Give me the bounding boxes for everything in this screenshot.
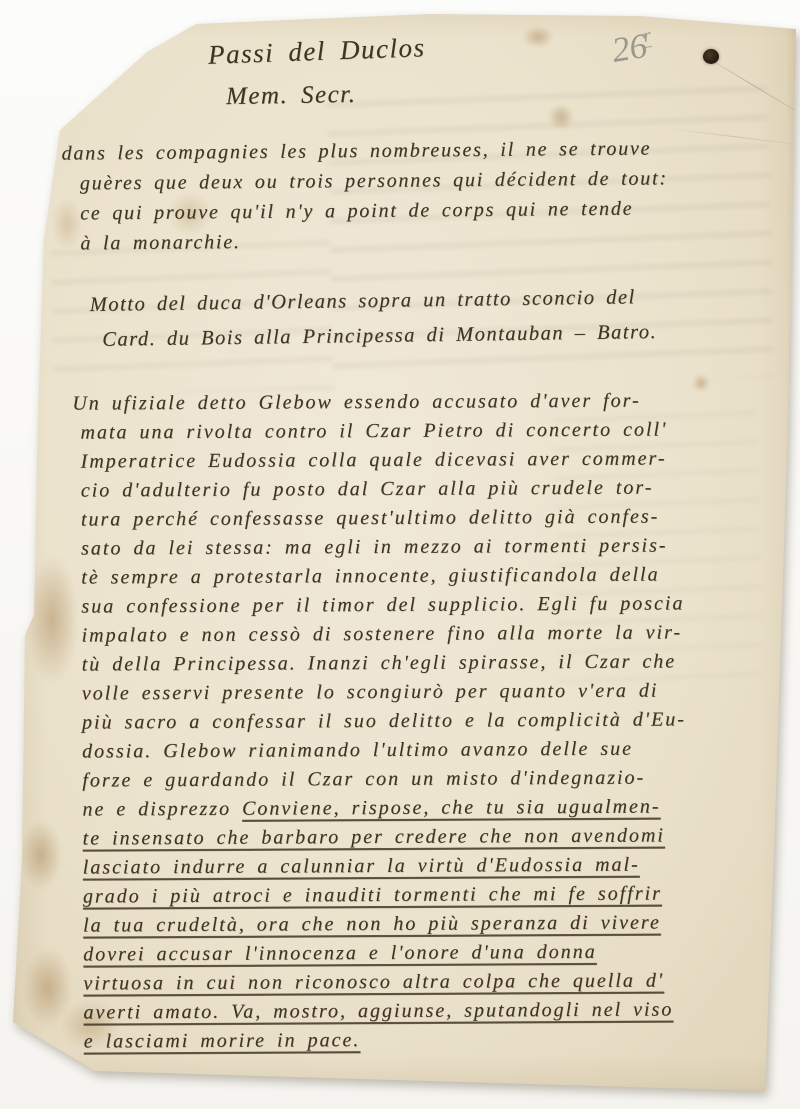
line-text: mata una rivolta contro il Czar Pietro d… [80, 418, 667, 443]
manuscript-line: ce qui prouve qu'il n'y a point de corps… [80, 193, 668, 228]
foxing-stain [548, 104, 574, 130]
line-text: tù della Principessa. Inanzi ch'egli spi… [82, 650, 677, 675]
manuscript-paper: 6022 26r Passi del Duclos Mem. Secr. dan… [0, 0, 800, 1109]
manuscript-line: grado i più atroci e inauditi tormenti c… [83, 879, 687, 911]
manuscript-line: tura perché confessasse quest'ultimo del… [81, 502, 685, 534]
line-text: volle esservi presente lo scongiurò per … [82, 680, 659, 705]
french-passage: dans les compagnies les plus nombreuses,… [61, 133, 668, 258]
line-text: dossia. Glebow rianimando l'ultimo avanz… [82, 738, 633, 763]
manuscript-line: sua confessione per il timor del supplic… [81, 589, 685, 621]
line-text: guères que deux ou trois personnes qui d… [80, 167, 668, 194]
manuscript-line: dovrei accusar l'innocenza e l'onore d'u… [83, 937, 687, 969]
line-text: dovrei accusar l'innocenza e l'onore d'u… [83, 941, 597, 966]
line-text: tè sempre a protestarla innocente, giust… [81, 564, 659, 589]
line-text: virtuosa in cui non riconosco altra colp… [83, 970, 664, 995]
line-text: la tua crudeltà, ora che non ho più sper… [83, 912, 661, 937]
manuscript-line: à la monarchie. [80, 223, 668, 258]
line-text: grado i più atroci e inauditi tormenti c… [83, 883, 662, 908]
line-prefix: ne e disprezzo [82, 798, 242, 821]
line-text: te insensato che barbaro per credere che… [83, 825, 665, 850]
line-text: e lasciami morire in pace. [84, 1029, 361, 1052]
line-text: Motto del duca d'Orleans sopra un tratto… [90, 286, 636, 316]
scanned-manuscript-page: 6022 26r Passi del Duclos Mem. Secr. dan… [0, 0, 800, 1109]
line-text: cio d'adulterio fu posto dal Czar alla p… [81, 477, 654, 502]
line-text: ce qui prouve qu'il n'y a point de corps… [80, 198, 633, 225]
edge-stain [26, 555, 78, 685]
manuscript-line: sato da lei stessa: ma egli in mezzo ai … [81, 531, 685, 563]
line-text: à la monarchie. [80, 231, 241, 254]
manuscript-line: ne e disprezzo Conviene, rispose, che tu… [82, 792, 686, 824]
line-text: Card. du Bois alla Principessa di Montau… [102, 321, 657, 351]
line-text: sato da lei stessa: ma egli in mezzo ai … [81, 534, 668, 559]
manuscript-line: dossia. Glebow rianimando l'ultimo avanz… [82, 734, 686, 766]
line-text: più sacro a confessar il suo delitto e l… [82, 708, 686, 733]
line-text: tura perché confessasse quest'ultimo del… [81, 506, 659, 531]
line-text: Conviene, rispose, che tu sia ugualmen- [242, 796, 661, 820]
manuscript-line: più sacro a confessar il suo delitto e l… [82, 705, 686, 737]
line-text: forze e guardando il Czar con un misto d… [82, 767, 645, 792]
manuscript-line: averti amato. Va, mostro, aggiunse, sput… [83, 995, 687, 1027]
manuscript-title: Passi del Duclos [208, 32, 426, 71]
foxing-stain [692, 374, 710, 392]
manuscript-line: virtuosa in cui non riconosco altra colp… [83, 966, 687, 998]
line-text: sua confessione per il timor del supplic… [81, 592, 684, 617]
paper-wrap: 6022 26r Passi del Duclos Mem. Secr. dan… [0, 0, 800, 1109]
manuscript-line: te insensato che barbaro per credere che… [83, 821, 687, 853]
manuscript-line: mata una rivolta contro il Czar Pietro d… [80, 415, 684, 447]
motto-passage: Motto del duca d'Orleans sopra un tratto… [90, 280, 658, 358]
manuscript-subtitle: Mem. Secr. [226, 81, 357, 111]
manuscript-line: cio d'adulterio fu posto dal Czar alla p… [81, 473, 685, 505]
line-text: Imperatrice Eudossia colla quale dicevas… [81, 447, 667, 472]
manuscript-line: forze e guardando il Czar con un misto d… [82, 763, 686, 795]
manuscript-line: la tua crudeltà, ora che non ho più sper… [83, 908, 687, 940]
line-text: impalato e non cessò di sostenere fino a… [81, 621, 682, 646]
manuscript-line: impalato e non cessò di sostenere fino a… [81, 618, 685, 650]
line-text: averti amato. Va, mostro, aggiunse, sput… [83, 998, 673, 1023]
folio-number-pencil: 26r [609, 25, 655, 71]
edge-stain [20, 820, 62, 890]
line-text: Un ufiziale detto Glebow essendo accusat… [72, 390, 640, 415]
manuscript-line: e lasciami morire in pace. [84, 1024, 688, 1056]
archival-number-pencil: 6022 [84, 28, 141, 48]
foxing-stain [522, 26, 554, 48]
line-text: lasciato indurre a calunniar la virtù d'… [83, 854, 640, 879]
manuscript-line: tè sempre a protestarla innocente, giust… [81, 560, 685, 592]
hole-punch-dot [703, 49, 719, 64]
manuscript-line: Imperatrice Eudossia colla quale dicevas… [81, 444, 685, 476]
glebow-anecdote-passage: Un ufiziale detto Glebow essendo accusat… [72, 386, 687, 1056]
manuscript-line: volle esservi presente lo scongiurò per … [82, 676, 686, 708]
line-text: dans les compagnies les plus nombreuses,… [62, 138, 652, 165]
manuscript-line: lasciato indurre a calunniar la virtù d'… [83, 850, 687, 882]
manuscript-line: Un ufiziale detto Glebow essendo accusat… [72, 386, 684, 418]
manuscript-line: tù della Principessa. Inanzi ch'egli spi… [82, 647, 686, 679]
